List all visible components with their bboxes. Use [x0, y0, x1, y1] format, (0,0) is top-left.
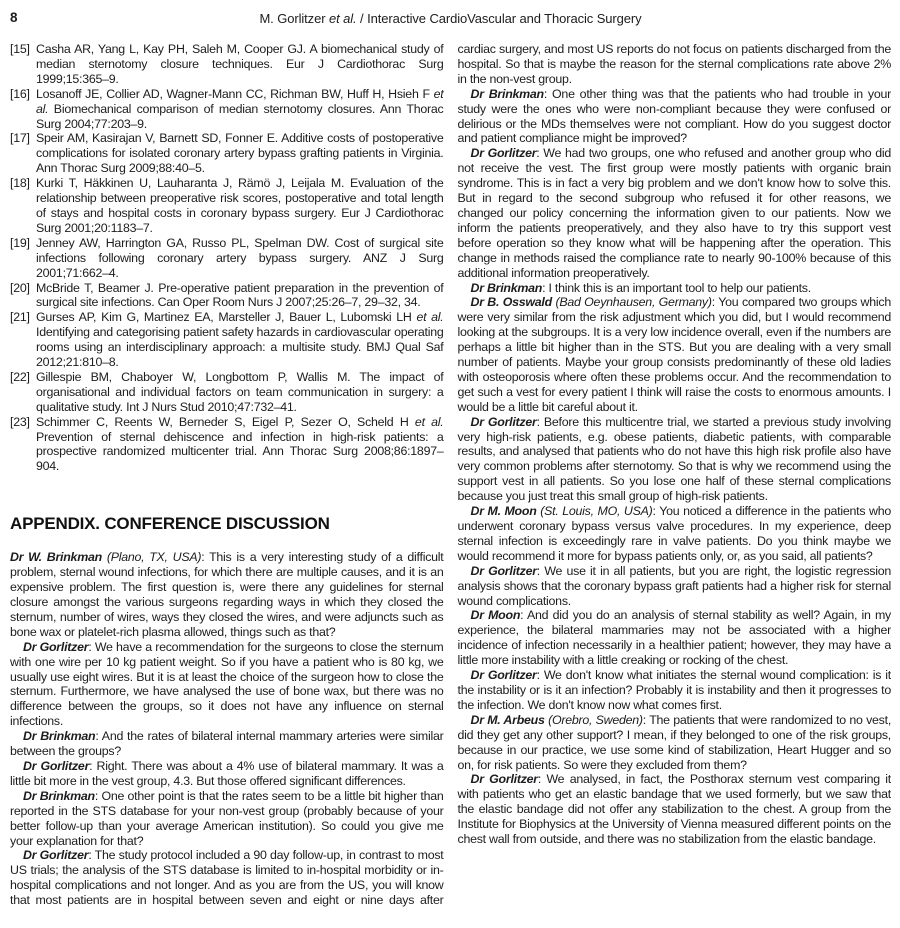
- reference-text: McBride T, Beamer J. Pre-operative patie…: [36, 281, 444, 310]
- speaker-name: Dr Moon: [471, 608, 521, 622]
- discussion-paragraph: Dr Gorlitzer: Before this multicentre tr…: [458, 415, 892, 504]
- speaker-location: (St. Louis, MO, USA): [537, 504, 653, 518]
- discussion-paragraph: Dr Brinkman: One other thing was that th…: [458, 87, 892, 147]
- reference-list: [15]Casha AR, Yang L, Kay PH, Saleh M, C…: [10, 42, 444, 474]
- reference-text-segment: Prevention of sternal dehiscence and inf…: [36, 430, 444, 474]
- discussion-paragraph: Dr Brinkman: And the rates of bilateral …: [10, 729, 444, 759]
- reference-number: [22]: [10, 370, 30, 385]
- appendix-heading: APPENDIX. CONFERENCE DISCUSSION: [10, 514, 444, 534]
- reference-item: [19]Jenney AW, Harrington GA, Russo PL, …: [10, 236, 444, 281]
- speaker-location: (Orebro, Sweden): [545, 713, 643, 727]
- discussion-paragraph: Dr Gorlitzer: Right. There was about a 4…: [10, 759, 444, 789]
- speaker-name: Dr Gorlitzer: [23, 759, 89, 773]
- running-title: M. Gorlitzer et al. / Interactive Cardio…: [10, 8, 891, 26]
- reference-number: [16]: [10, 87, 30, 102]
- speaker-location: (Plano, TX, USA): [102, 550, 201, 564]
- reference-text: Gillespie BM, Chaboyer W, Longbottom P, …: [36, 370, 444, 414]
- speaker-name: Dr W. Brinkman: [10, 550, 102, 564]
- speech-text: : And did you do an analysis of sternal …: [458, 608, 892, 667]
- speaker-name: Dr B. Osswald: [471, 295, 552, 309]
- reference-text: Kurki T, Häkkinen U, Lauharanta J, Rämö …: [36, 176, 444, 235]
- speaker-name: Dr Gorlitzer: [471, 772, 538, 786]
- reference-text: Schimmer C, Reents W, Berneder S, Eigel …: [36, 415, 444, 474]
- reference-item: [20]McBride T, Beamer J. Pre-operative p…: [10, 281, 444, 311]
- discussion-paragraph: Dr Gorlitzer: We have a recommendation f…: [10, 640, 444, 729]
- reference-item: [18]Kurki T, Häkkinen U, Lauharanta J, R…: [10, 176, 444, 236]
- journal-page: 8 M. Gorlitzer et al. / Interactive Card…: [0, 0, 900, 928]
- reference-text: Jenney AW, Harrington GA, Russo PL, Spel…: [36, 236, 444, 280]
- reference-number: [23]: [10, 415, 30, 430]
- speaker-name: Dr M. Moon: [471, 504, 537, 518]
- speaker-name: Dr Brinkman: [23, 729, 95, 743]
- reference-number: [17]: [10, 131, 30, 146]
- discussion-paragraph: Dr Brinkman: I think this is an importan…: [458, 281, 892, 296]
- reference-number: [21]: [10, 310, 30, 325]
- reference-item: [15]Casha AR, Yang L, Kay PH, Saleh M, C…: [10, 42, 444, 87]
- page-header: 8 M. Gorlitzer et al. / Interactive Card…: [10, 8, 891, 30]
- reference-et-al: et al.: [415, 415, 444, 429]
- speaker-name: Dr Gorlitzer: [23, 848, 88, 862]
- speaker-name: Dr Gorlitzer: [23, 640, 88, 654]
- reference-text-segment: Schimmer C, Reents W, Berneder S, Eigel …: [36, 415, 415, 429]
- discussion-paragraph: Dr Moon: And did you do an analysis of s…: [458, 608, 892, 668]
- reference-et-al: et al.: [416, 310, 443, 324]
- two-column-body: [15]Casha AR, Yang L, Kay PH, Saleh M, C…: [10, 42, 891, 922]
- speaker-name: Dr M. Arbeus: [471, 713, 545, 727]
- speaker-name: Dr Gorlitzer: [471, 668, 537, 682]
- reference-number: [20]: [10, 281, 30, 296]
- reference-number: [15]: [10, 42, 30, 57]
- speech-text: : We had two groups, one who refused and…: [458, 146, 892, 279]
- reference-text: Speir AM, Kasirajan V, Barnett SD, Fonne…: [36, 131, 444, 175]
- speaker-name: Dr Gorlitzer: [471, 415, 537, 429]
- reference-number: [19]: [10, 236, 30, 251]
- speaker-name: Dr Brinkman: [23, 789, 95, 803]
- reference-text-segment: Jenney AW, Harrington GA, Russo PL, Spel…: [36, 236, 444, 280]
- reference-item: [23]Schimmer C, Reents W, Berneder S, Ei…: [10, 415, 444, 475]
- reference-item: [21]Gurses AP, Kim G, Martinez EA, Marst…: [10, 310, 444, 370]
- speech-text: : I think this is an important tool to h…: [542, 281, 811, 295]
- discussion-paragraph: Dr M. Arbeus (Orebro, Sweden): The patie…: [458, 713, 892, 773]
- page-number: 8: [10, 10, 18, 25]
- reference-text-segment: Casha AR, Yang L, Kay PH, Saleh M, Coope…: [36, 42, 444, 86]
- discussion-paragraph: Dr B. Osswald (Bad Oeynhausen, Germany):…: [458, 295, 892, 414]
- reference-text-segment: Gillespie BM, Chaboyer W, Longbottom P, …: [36, 370, 444, 414]
- reference-text: Gurses AP, Kim G, Martinez EA, Marstelle…: [36, 310, 444, 369]
- reference-number: [18]: [10, 176, 30, 191]
- discussion-paragraph: Dr Gorlitzer: We don't know what initiat…: [458, 668, 892, 713]
- discussion-paragraph: Dr W. Brinkman (Plano, TX, USA): This is…: [10, 550, 444, 639]
- running-title-journal: / Interactive CardioVascular and Thoraci…: [357, 11, 642, 26]
- discussion-paragraph: Dr M. Moon (St. Louis, MO, USA): You not…: [458, 504, 892, 564]
- reference-item: [16]Losanoff JE, Collier AD, Wagner-Mann…: [10, 87, 444, 132]
- reference-item: [22]Gillespie BM, Chaboyer W, Longbottom…: [10, 370, 444, 415]
- discussion-paragraph: Dr Gorlitzer: We use it in all patients,…: [458, 564, 892, 609]
- discussion-paragraph: Dr Gorlitzer: We had two groups, one who…: [458, 146, 892, 280]
- reference-item: [17]Speir AM, Kasirajan V, Barnett SD, F…: [10, 131, 444, 176]
- discussion-paragraph: Dr Brinkman: One other point is that the…: [10, 789, 444, 849]
- speaker-name: Dr Brinkman: [471, 87, 544, 101]
- reference-text: Losanoff JE, Collier AD, Wagner-Mann CC,…: [36, 87, 444, 131]
- speech-text: : You compared two groups which were ver…: [458, 295, 892, 413]
- running-title-etal: et al.: [329, 11, 357, 26]
- speaker-location: (Bad Oeynhausen, Germany): [552, 295, 712, 309]
- reference-text-segment: Gurses AP, Kim G, Martinez EA, Marstelle…: [36, 310, 416, 324]
- reference-text-segment: Losanoff JE, Collier AD, Wagner-Mann CC,…: [36, 87, 434, 101]
- reference-text-segment: Identifying and categorising patient saf…: [36, 325, 444, 369]
- speaker-name: Dr Gorlitzer: [471, 146, 537, 160]
- speaker-name: Dr Gorlitzer: [471, 564, 537, 578]
- reference-text-segment: Kurki T, Häkkinen U, Lauharanta J, Rämö …: [36, 176, 444, 235]
- reference-text-segment: McBride T, Beamer J. Pre-operative patie…: [36, 281, 444, 310]
- reference-text-segment: Biomechanical comparison of median stern…: [36, 102, 444, 131]
- reference-text-segment: Speir AM, Kasirajan V, Barnett SD, Fonne…: [36, 131, 444, 175]
- discussion-paragraph: Dr Gorlitzer: We analysed, in fact, the …: [458, 772, 892, 847]
- reference-text: Casha AR, Yang L, Kay PH, Saleh M, Coope…: [36, 42, 444, 86]
- running-title-author: M. Gorlitzer: [259, 11, 328, 26]
- speaker-name: Dr Brinkman: [471, 281, 543, 295]
